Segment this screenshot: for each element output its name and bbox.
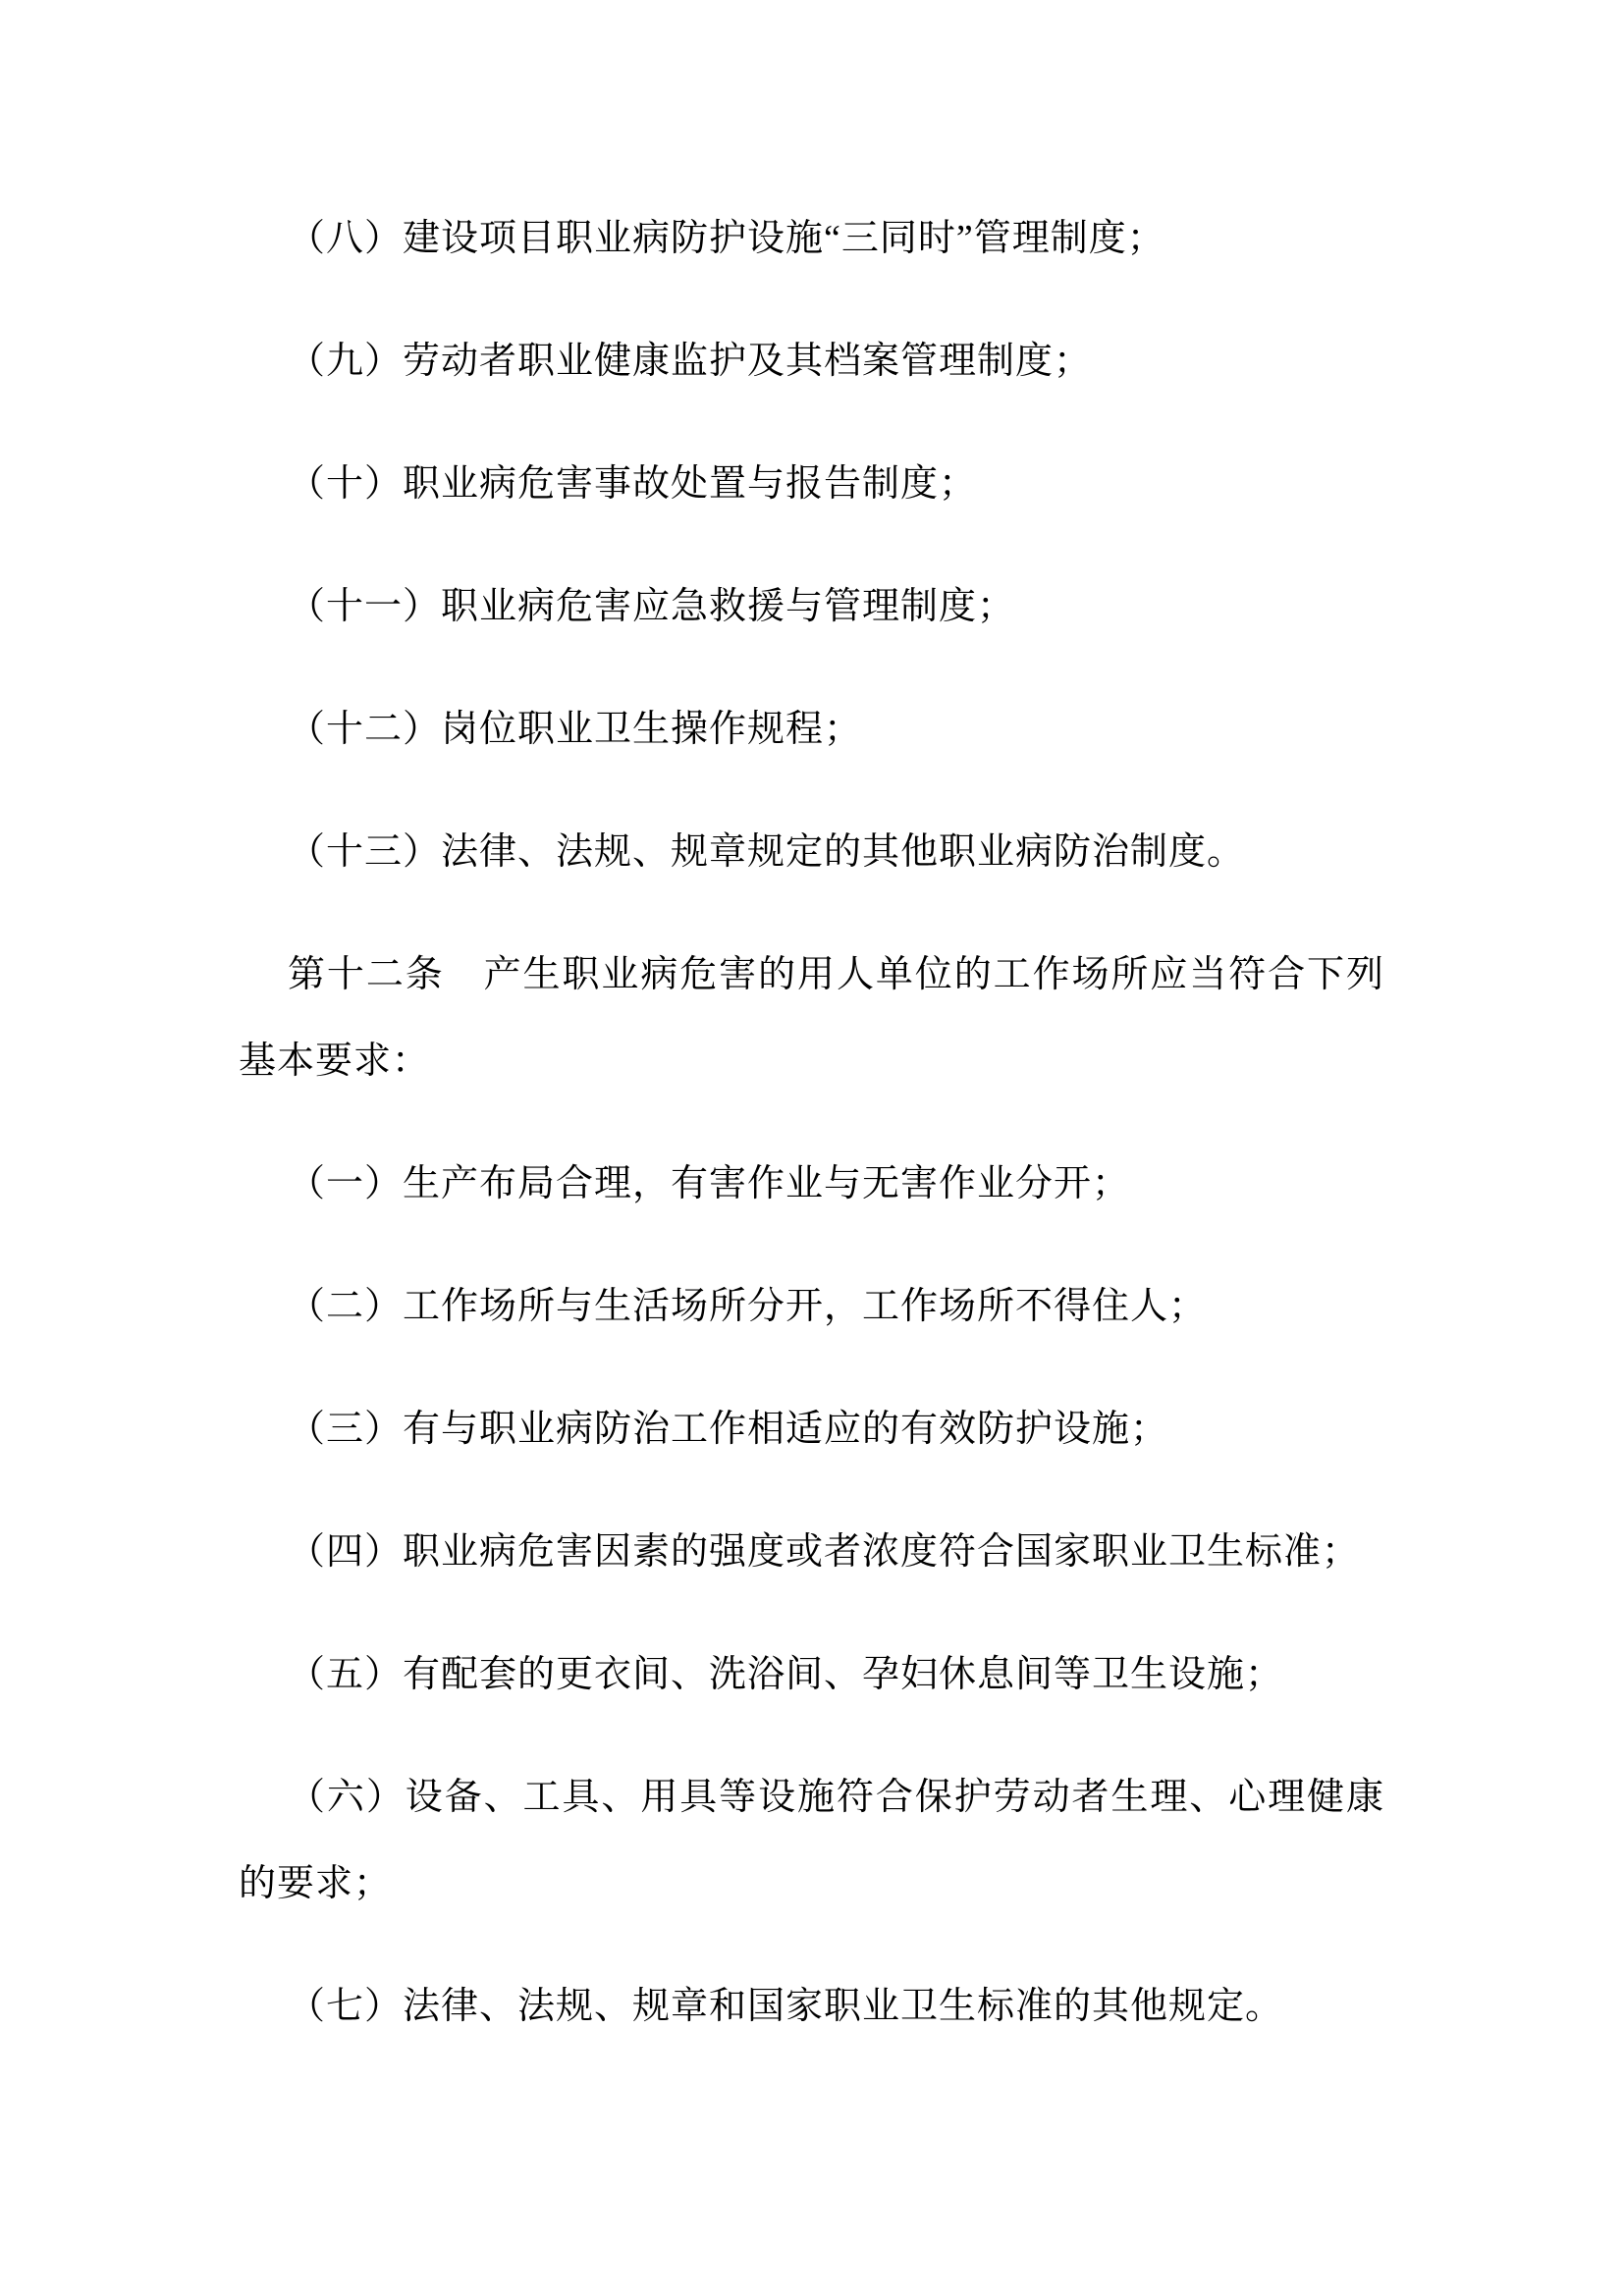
paragraph-item-13: （十三）法律、法规、规章规定的其他职业病防治制度。 bbox=[239, 809, 1384, 895]
paragraph-req-4: （四）职业病危害因素的强度或者浓度符合国家职业卫生标准； bbox=[239, 1509, 1384, 1595]
paragraph-item-11: （十一）职业病危害应急救援与管理制度； bbox=[239, 563, 1384, 650]
paragraph-req-6: （六）设备、工具、用具等设施符合保护劳动者生理、心理健康的要求； bbox=[239, 1754, 1384, 1927]
paragraph-req-3: （三）有与职业病防治工作相适应的有效防护设施； bbox=[239, 1386, 1384, 1472]
paragraph-req-7: （七）法律、法规、规章和国家职业卫生标准的其他规定。 bbox=[239, 1963, 1384, 2050]
paragraph-item-10: （十）职业病危害事故处置与报告制度； bbox=[239, 441, 1384, 527]
paragraph-article-12: 第十二条 产生职业病危害的用人单位的工作场所应当符合下列基本要求： bbox=[239, 932, 1384, 1104]
paragraph-req-5: （五）有配套的更衣间、洗浴间、孕妇休息间等卫生设施； bbox=[239, 1631, 1384, 1718]
paragraph-req-1: （一）生产布局合理，有害作业与无害作业分开； bbox=[239, 1141, 1384, 1227]
paragraph-req-2: （二）工作场所与生活场所分开，工作场所不得住人； bbox=[239, 1263, 1384, 1350]
paragraph-item-8: （八）建设项目职业病防护设施“三同时”管理制度； bbox=[239, 195, 1384, 282]
paragraph-item-12: （十二）岗位职业卫生操作规程； bbox=[239, 686, 1384, 773]
document-page: （八）建设项目职业病防护设施“三同时”管理制度； （九）劳动者职业健康监护及其档… bbox=[0, 0, 1624, 2296]
paragraph-item-9: （九）劳动者职业健康监护及其档案管理制度； bbox=[239, 318, 1384, 404]
